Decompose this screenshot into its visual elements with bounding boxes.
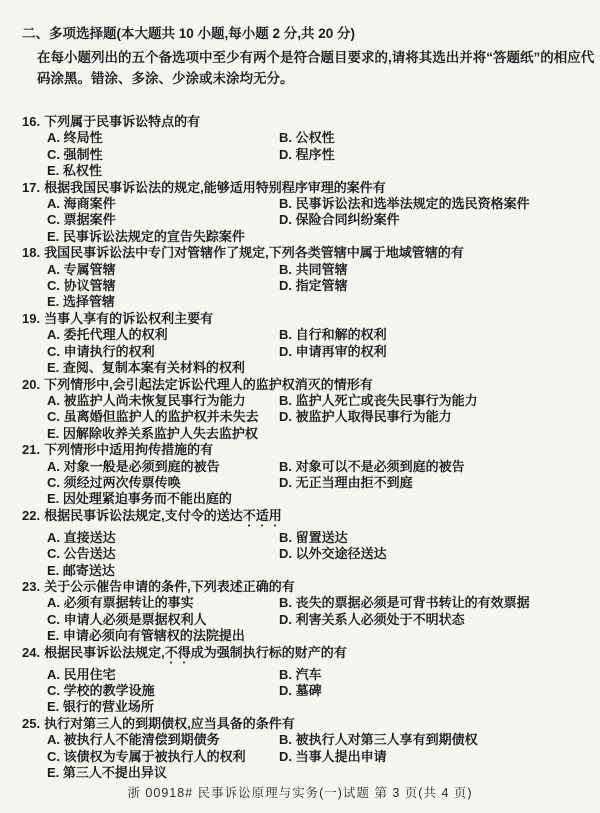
option-a: A. 委托代理人的权利 — [47, 327, 279, 343]
question-block: 16.下列属于民事诉讼特点的有A. 终局性B. 公权性C. 强制性D. 程序性E… — [22, 114, 584, 180]
question-block: 21.下列情形中适用拘传措施的有A. 对象一般是必须到庭的被告B. 对象可以不是… — [22, 442, 584, 508]
question-stem: 16.下列属于民事诉讼特点的有 — [22, 114, 584, 130]
stem-text: 当事人享有的诉讼权利主要有 — [44, 311, 213, 326]
question-block: 24.根据民事诉讼法规定,不得成为强制执行标的财产的有A. 民用住宅B. 汽车C… — [22, 645, 584, 716]
options-grid: A. 终局性B. 公权性C. 强制性D. 程序性E. 私权性 — [47, 130, 584, 179]
question-number: 25. — [22, 716, 40, 731]
question-block: 25.执行对第三人的到期债权,应当具备的条件有A. 被执行人不能清偿到期债务B.… — [22, 716, 584, 782]
stem-text: 下列情形中,会引起法定诉讼代理人的监护权消灭的情形有 — [44, 377, 373, 392]
question-number: 22. — [22, 508, 40, 523]
question-block: 17.根据我国民事诉讼法的规定,能够适用特别程序审理的案件有A. 海商案件B. … — [22, 180, 584, 246]
option-a: A. 对象一般是必须到庭的被告 — [47, 459, 279, 475]
stem-text: 下列属于民事诉讼特点的有 — [44, 114, 200, 129]
exam-page: 二、多项选择题(本大题共 10 小题,每小题 2 分,共 20 分) 在每小题列… — [0, 0, 600, 813]
option-c: C. 票据案件 — [47, 212, 279, 228]
option-c: C. 协议管辖 — [47, 278, 279, 294]
option-d: D. 指定管辖 — [279, 278, 584, 294]
stem-text: 关于公示催告申请的条件,下列表述正确的有 — [44, 579, 295, 594]
option-a: A. 被执行人不能清偿到期债务 — [47, 732, 279, 748]
option-a: A. 终局性 — [47, 130, 279, 146]
option-b: B. 自行和解的权利 — [279, 327, 584, 343]
option-a: A. 民用住宅 — [47, 667, 279, 683]
question-block: 18.我国民事诉讼法中专门对管辖作了规定,下列各类管辖中属于地域管辖的有A. 专… — [22, 245, 584, 311]
question-stem: 19.当事人享有的诉讼权利主要有 — [22, 311, 584, 327]
options-grid: A. 必须有票据转让的事实B. 丧失的票据必须是可背书转让的有效票据C. 申请人… — [47, 595, 584, 644]
page-footer: 浙 00918# 民事诉讼原理与实务(一)试题 第 3 页(共 4 页) — [0, 783, 600, 801]
question-block: 23.关于公示催告申请的条件,下列表述正确的有A. 必须有票据转让的事实B. 丧… — [22, 579, 584, 645]
option-b: B. 被执行人对第三人享有到期债权 — [279, 732, 584, 748]
options-grid: A. 对象一般是必须到庭的被告B. 对象可以不是必须到庭的被告C. 须经过两次传… — [47, 459, 584, 508]
option-b: B. 丧失的票据必须是可背书转让的有效票据 — [279, 595, 584, 611]
options-grid: A. 被执行人不能清偿到期债务B. 被执行人对第三人享有到期债权C. 该债权为专… — [47, 732, 584, 781]
option-e: E. 选择管辖 — [47, 294, 584, 310]
question-number: 23. — [22, 579, 40, 594]
option-b: B. 留置送达 — [279, 530, 584, 546]
option-d: D. 程序性 — [279, 147, 584, 163]
question-block: 20.下列情形中,会引起法定诉讼代理人的监护权消灭的情形有A. 被监护人尚未恢复… — [22, 377, 584, 443]
question-number: 18. — [22, 245, 40, 260]
question-number: 16. — [22, 114, 40, 129]
option-e: E. 银行的营业场所 — [47, 699, 584, 715]
question-number: 17. — [22, 180, 40, 195]
instruction-line-2: 码涂黑。错涂、多涂、少涂或未涂均无分。 — [37, 68, 584, 89]
option-e: E. 私权性 — [47, 163, 584, 179]
option-a: A. 被监护人尚未恢复民事行为能力 — [47, 393, 279, 409]
option-d: D. 以外交途径送达 — [279, 546, 584, 562]
options-grid: A. 海商案件B. 民事诉讼法和选举法规定的选民资格案件C. 票据案件D. 保险… — [47, 196, 584, 245]
question-number: 21. — [22, 442, 40, 457]
stem-text: 根据民事诉讼法规定, — [44, 645, 165, 660]
option-b: B. 共同管辖 — [279, 262, 584, 278]
option-d: D. 墓碑 — [279, 683, 584, 699]
options-grid: A. 专属管辖B. 共同管辖C. 协议管辖D. 指定管辖E. 选择管辖 — [47, 262, 584, 311]
question-stem: 23.关于公示催告申请的条件,下列表述正确的有 — [22, 579, 584, 595]
option-b: B. 公权性 — [279, 130, 584, 146]
options-grid: A. 委托代理人的权利B. 自行和解的权利C. 申请执行的权利D. 申请再审的权… — [47, 327, 584, 376]
option-d: D. 当事人提出申请 — [279, 749, 584, 765]
option-c: C. 强制性 — [47, 147, 279, 163]
instruction-line-1: 在每小题列出的五个备选项中至少有两个是符合题目要求的,请将其选出并将“答题纸”的… — [37, 47, 584, 68]
option-e: E. 申请必须向有管辖权的法院提出 — [47, 628, 584, 644]
option-a: A. 专属管辖 — [47, 262, 279, 278]
option-e: E. 第三人不提出异议 — [47, 765, 584, 781]
question-stem: 18.我国民事诉讼法中专门对管辖作了规定,下列各类管辖中属于地域管辖的有 — [22, 245, 584, 261]
options-grid: A. 被监护人尚未恢复民事行为能力B. 监护人死亡或丧失民事行为能力C. 虽离婚… — [47, 393, 584, 442]
option-a: A. 直接送达 — [47, 530, 279, 546]
question-stem: 20.下列情形中,会引起法定诉讼代理人的监护权消灭的情形有 — [22, 377, 584, 393]
question-number: 20. — [22, 377, 40, 392]
option-e: E. 因处理紧迫事务而不能出庭的 — [47, 491, 584, 507]
option-c: C. 申请执行的权利 — [47, 344, 279, 360]
question-stem: 17.根据我国民事诉讼法的规定,能够适用特别程序审理的案件有 — [22, 180, 584, 196]
question-number: 19. — [22, 311, 40, 326]
option-b: B. 对象可以不是必须到庭的被告 — [279, 459, 584, 475]
option-c: C. 公告送达 — [47, 546, 279, 562]
section-instructions: 在每小题列出的五个备选项中至少有两个是符合题目要求的,请将其选出并将“答题纸”的… — [37, 47, 584, 89]
stem-text: 成为强制执行标的财产的有 — [191, 645, 347, 660]
question-number: 24. — [22, 645, 40, 660]
question-block: 19.当事人享有的诉讼权利主要有A. 委托代理人的权利B. 自行和解的权利C. … — [22, 311, 584, 377]
option-a: A. 海商案件 — [47, 196, 279, 212]
question-stem: 21.下列情形中适用拘传措施的有 — [22, 442, 584, 458]
question-stem: 22.根据民事诉讼法规定,支付令的送达不适用 — [22, 508, 584, 530]
option-d: D. 保险合同纠纷案件 — [279, 212, 584, 228]
option-c: C. 须经过两次传票传唤 — [47, 475, 279, 491]
stem-text: 根据民事诉讼法规定,支付令的送达 — [44, 508, 243, 523]
option-d: D. 被监护人取得民事行为能力 — [279, 409, 584, 425]
option-d: D. 利害关系人必须处于不明状态 — [279, 612, 584, 628]
question-stem: 25.执行对第三人的到期债权,应当具备的条件有 — [22, 716, 584, 732]
stem-text: 下列情形中适用拘传措施的有 — [44, 442, 213, 457]
option-e: E. 查阅、复制本案有关材料的权利 — [47, 360, 584, 376]
stem-emphasized-text: 不得 — [165, 645, 191, 660]
question-stem: 24.根据民事诉讼法规定,不得成为强制执行标的财产的有 — [22, 645, 584, 667]
option-b: B. 民事诉讼法和选举法规定的选民资格案件 — [279, 196, 584, 212]
stem-text: 我国民事诉讼法中专门对管辖作了规定,下列各类管辖中属于地域管辖的有 — [44, 245, 464, 260]
stem-emphasized-text: 不适用 — [243, 508, 282, 523]
section-title: 二、多项选择题(本大题共 10 小题,每小题 2 分,共 20 分) — [22, 24, 584, 44]
option-b: B. 监护人死亡或丧失民事行为能力 — [279, 393, 584, 409]
question-block: 22.根据民事诉讼法规定,支付令的送达不适用A. 直接送达B. 留置送达C. 公… — [22, 508, 584, 579]
options-grid: A. 直接送达B. 留置送达C. 公告送达D. 以外交途径送达E. 邮寄送达 — [47, 530, 584, 579]
question-list: 16.下列属于民事诉讼特点的有A. 终局性B. 公权性C. 强制性D. 程序性E… — [22, 114, 584, 781]
option-c: C. 申请人必须是票据权利人 — [47, 612, 279, 628]
option-e: E. 民事诉讼法规定的宣告失踪案件 — [47, 229, 584, 245]
option-c: C. 学校的教学设施 — [47, 683, 279, 699]
stem-text: 根据我国民事诉讼法的规定,能够适用特别程序审理的案件有 — [44, 180, 386, 195]
stem-text: 执行对第三人的到期债权,应当具备的条件有 — [44, 716, 295, 731]
option-c: C. 虽离婚但监护人的监护权并未失去 — [47, 409, 279, 425]
option-c: C. 该债权为专属于被执行人的权利 — [47, 749, 279, 765]
options-grid: A. 民用住宅B. 汽车C. 学校的教学设施D. 墓碑E. 银行的营业场所 — [47, 667, 584, 716]
option-e: E. 邮寄送达 — [47, 563, 584, 579]
option-a: A. 必须有票据转让的事实 — [47, 595, 279, 611]
option-e: E. 因解除收养关系监护人失去监护权 — [47, 426, 584, 442]
option-d: D. 申请再审的权利 — [279, 344, 584, 360]
option-b: B. 汽车 — [279, 667, 584, 683]
option-d: D. 无正当理由拒不到庭 — [279, 475, 584, 491]
